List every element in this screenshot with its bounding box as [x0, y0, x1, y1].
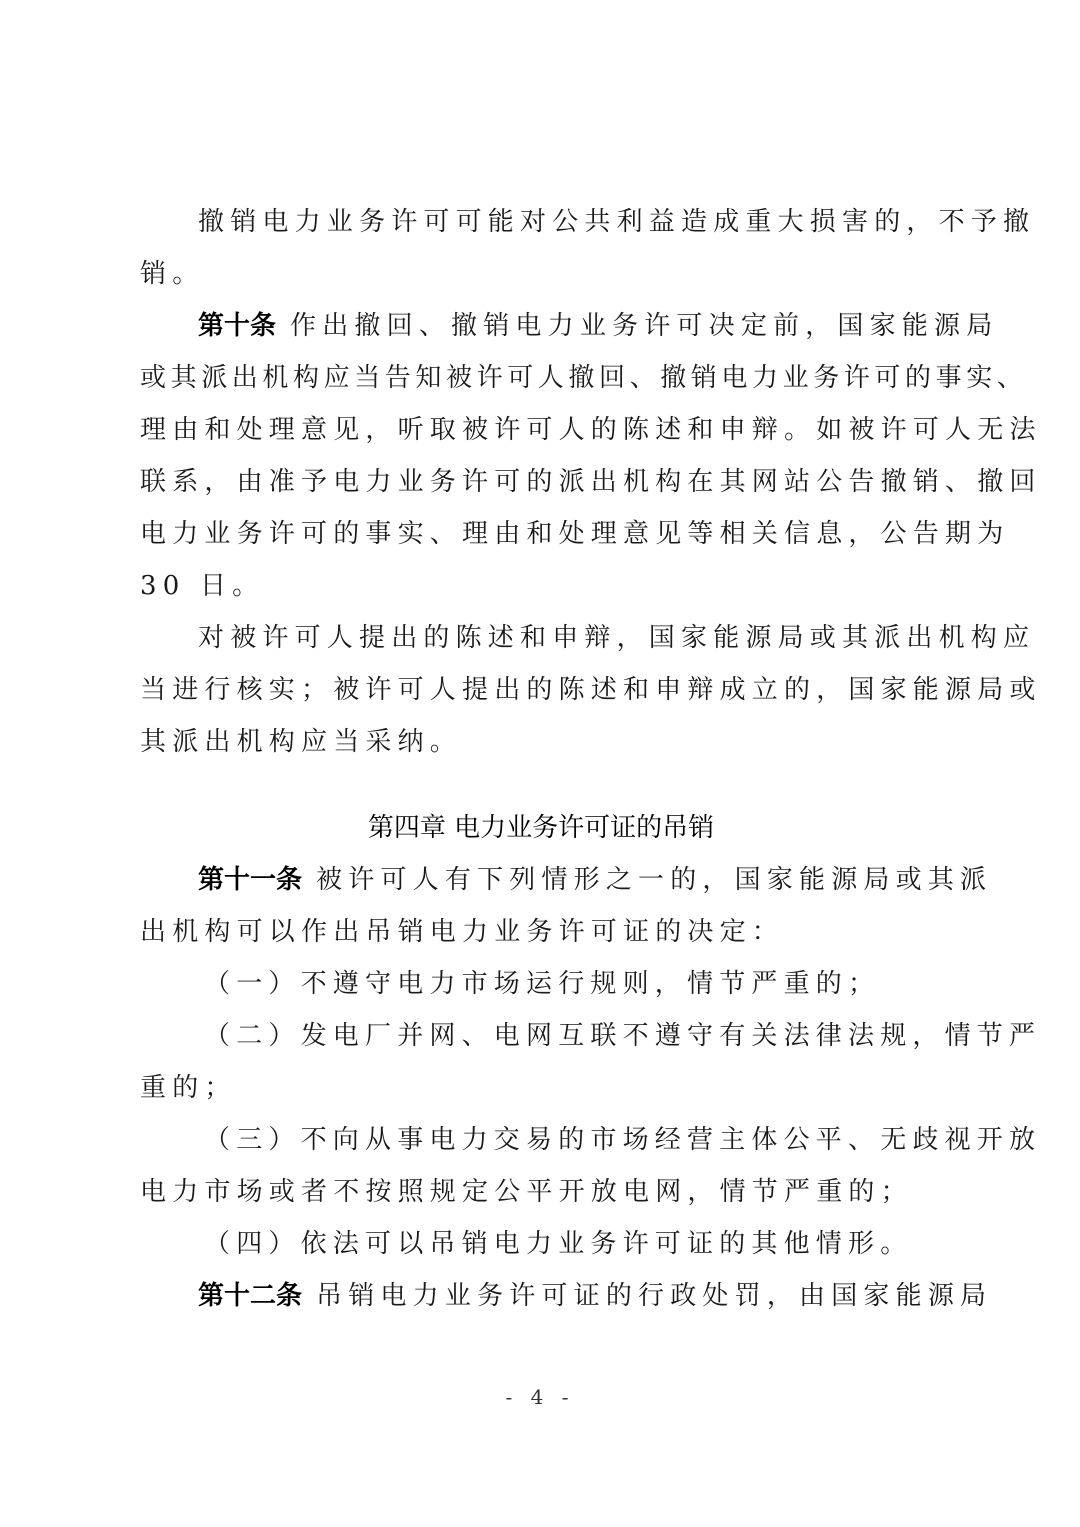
article-label: 第十二条	[198, 1281, 302, 1311]
chapter-heading: 第四章 电力业务许可证的吊销	[140, 802, 942, 854]
paragraph-line: 销。	[140, 248, 204, 300]
page-number: - 4 -	[0, 1385, 1080, 1409]
paragraph-line: 或其派出机构应当告知被许可人撤回、撤销电力业务许可的事实、	[140, 352, 1027, 404]
article-label: 第十条	[198, 311, 276, 341]
paragraph-line: 对被许可人提出的陈述和申辩，国家能源局或其派出机构应	[198, 612, 1035, 664]
list-item-2-continued: 重的；	[140, 1062, 237, 1114]
paragraph-line: 撤销电力业务许可可能对公共利益造成重大损害的，不予撤	[198, 196, 1035, 248]
paragraph-line: 当进行核实；被许可人提出的陈述和申辩成立的，国家能源局或	[140, 664, 1042, 716]
paragraph-line: 30 日。	[140, 560, 264, 612]
article-label: 第十一条	[198, 865, 302, 895]
list-item-3: （三）不向从事电力交易的市场经营主体公平、无歧视开放	[204, 1114, 1041, 1166]
paragraph-line: 出机构可以作出吊销电力业务许可证的决定：	[140, 906, 784, 958]
paragraph-line: 其派出机构应当采纳。	[140, 716, 462, 768]
article-text: 被许可人有下列情形之一的，国家能源局或其派	[316, 865, 992, 895]
article-11-first-line: 第十一条被许可人有下列情形之一的，国家能源局或其派	[198, 854, 992, 906]
list-item-2: （二）发电厂并网、电网互联不遵守有关法律法规，情节严	[204, 1010, 1041, 1062]
article-text: 作出撤回、撤销电力业务许可决定前，国家能源局	[290, 311, 998, 341]
list-item-3-continued: 电力市场或者不按照规定公平开放电网，情节严重的；	[140, 1166, 913, 1218]
article-12-first-line: 第十二条吊销电力业务许可证的行政处罚，由国家能源局	[198, 1270, 992, 1322]
list-item-1: （一）不遵守电力市场运行规则，情节严重的；	[204, 958, 880, 1010]
list-item-4: （四）依法可以吊销电力业务许可证的其他情形。	[204, 1218, 912, 1270]
article-10-first-line: 第十条作出撤回、撤销电力业务许可决定前，国家能源局	[198, 300, 998, 352]
article-text: 吊销电力业务许可证的行政处罚，由国家能源局	[316, 1281, 992, 1311]
paragraph-line: 理由和处理意见，听取被许可人的陈述和申辩。如被许可人无法	[140, 404, 1042, 456]
paragraph-line: 联系，由准予电力业务许可的派出机构在其网站公告撤销、撤回	[140, 456, 1042, 508]
paragraph-line: 电力业务许可的事实、理由和处理意见等相关信息，公告期为	[140, 508, 1009, 560]
